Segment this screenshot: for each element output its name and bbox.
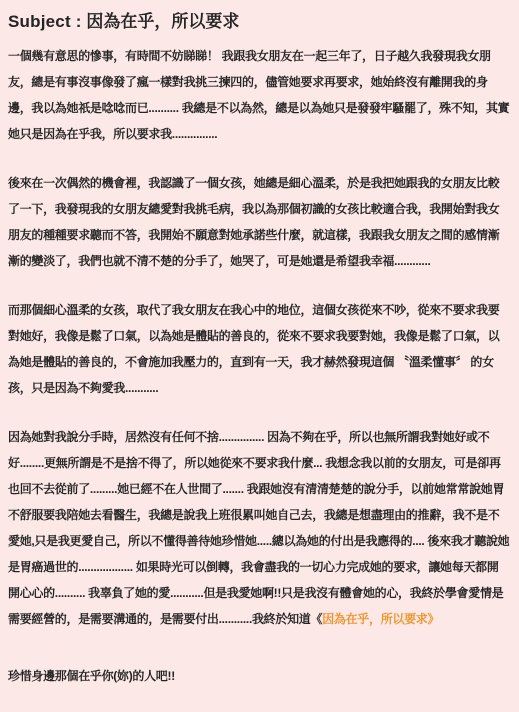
paragraph-3: 而那個細心溫柔的女孩，取代了我女朋友在我心中的地位，這個女孩從來不吵，從來不要求…: [8, 297, 510, 401]
forum-post: Subject : 因為在乎，所以要求 一個幾有意思的慘事，有時間不妨睇睇！ 我…: [0, 0, 519, 689]
subject-label: Subject :: [8, 12, 82, 31]
post-title: 因為在乎，所以要求: [86, 12, 239, 31]
paragraph-4: 因為她對我說分手時，居然沒有任何不捨............... 因為不夠在乎…: [8, 424, 510, 632]
title-bracket-open: 《: [310, 612, 322, 626]
title-bracket-close: 》: [428, 612, 440, 626]
paragraph-2: 後來在一次偶然的機會裡，我認識了一個女孩，她總是細心溫柔，於是我把她跟我的女朋友…: [8, 170, 510, 274]
post-body: 一個幾有意思的慘事，有時間不妨睇睇！ 我跟我女朋友在一起三年了，日子越久我發現我…: [8, 43, 510, 689]
closing-line: 珍惜身邊那個在乎你(妳)的人吧!!: [8, 663, 510, 689]
highlighted-title-phrase: 因為在乎，所以要求: [322, 612, 427, 626]
subject-line: Subject : 因為在乎，所以要求: [8, 10, 510, 34]
paragraph-1: 一個幾有意思的慘事，有時間不妨睇睇！ 我跟我女朋友在一起三年了，日子越久我發現我…: [8, 43, 510, 147]
paragraph-4-text: 因為她對我說分手時，居然沒有任何不捨............... 因為不夠在乎…: [8, 430, 509, 626]
